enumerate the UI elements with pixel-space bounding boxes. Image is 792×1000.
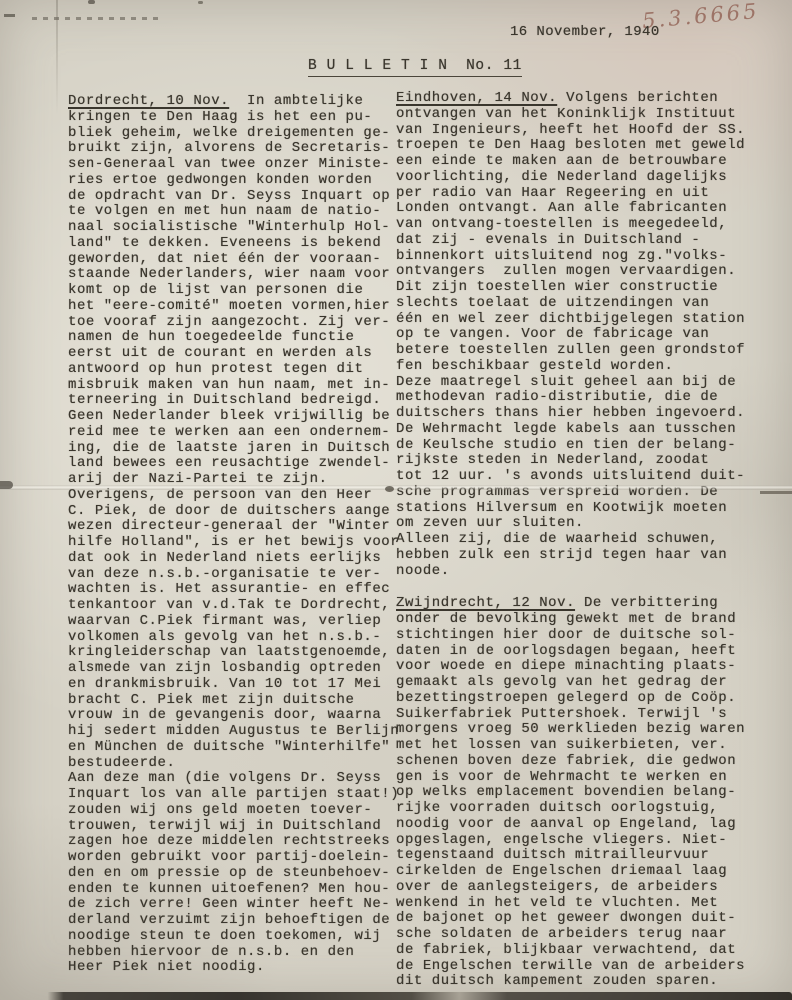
text-line: Inquart los van alle partijen staat!) bbox=[68, 787, 404, 803]
text-line: namen de hun toegedeelde functie bbox=[68, 330, 404, 346]
text-line: de Engelschen terwille van de arbeiders bbox=[396, 959, 792, 975]
scan-mark bbox=[0, 481, 13, 489]
text-line: Alleen zij, die de waarheid schuwen, bbox=[396, 532, 792, 548]
text-line: een einde te maken aan de betrouwbare bbox=[396, 154, 792, 170]
text-line: betere toestellen zullen geen grondstof bbox=[396, 343, 792, 359]
text-line: noode. bbox=[396, 564, 792, 580]
dateline-eindhoven: Eindhoven, 14 Nov. bbox=[396, 90, 557, 106]
text-line: van ontvang-toestellen is meegedeeld, bbox=[396, 217, 792, 233]
text-line: waarvan C.Piek firmant was, verliep bbox=[68, 614, 404, 630]
text-line: binnenkort uitsluitend nog zg."volks- bbox=[396, 249, 792, 265]
article-dordrecht: Dordrecht, 10 Nov. In ambtelijke kringen… bbox=[68, 94, 404, 976]
text-line: noodig voor de aanval op Engeland, lag bbox=[396, 817, 792, 833]
text-line: alsmede van zijn losbandig optreden bbox=[68, 661, 404, 677]
article-dateline-line: Dordrecht, 10 Nov. In ambtelijke bbox=[68, 94, 404, 110]
scan-mark bbox=[32, 17, 164, 20]
right-column: Eindhoven, 14 Nov. Volgens berichten ont… bbox=[396, 91, 792, 990]
text-line: enden te kunnen uitoefenen? Men hou- bbox=[68, 882, 404, 898]
text-line: van deze n.s.b.-organisatie te ver- bbox=[68, 567, 404, 583]
page-title: B U L L E T I N No. 11 bbox=[308, 58, 522, 77]
text-line: wenkend in het veld te vluchten. Met bbox=[396, 896, 792, 912]
text-line: één en wel zeer dichtbijgelegen station bbox=[396, 312, 792, 328]
text-line: hij sedert midden Augustus te Berlijn bbox=[68, 724, 404, 740]
text-line: Suikerfabriek Puttershoek. Terwijl 's bbox=[396, 707, 792, 723]
text-line: toe vooraf zijn aangezocht. Zij ver- bbox=[68, 315, 404, 331]
dateline-zwijndrecht: Zwijndrecht, 12 Nov. bbox=[396, 595, 575, 611]
text-line: dat zij - evenals in Duitschland - bbox=[396, 233, 792, 249]
text-line: ontvangers zullen mogen vervaardigen. bbox=[396, 264, 792, 280]
text-line: het "eere-comité" moeten vormen,hier bbox=[68, 299, 404, 315]
text-line: tenkantoor van v.d.Tak te Dordrecht, bbox=[68, 598, 404, 614]
text-line: hilfe Holland", is er het bewijs voor bbox=[68, 535, 404, 551]
text-line: bestudeerde. bbox=[68, 756, 404, 772]
text-line: eerst uit de courant en werden als bbox=[68, 346, 404, 362]
text-line: bezettingstroepen gelegerd op de Coöp. bbox=[396, 691, 792, 707]
text-line: tot 12 uur. 's avonds uitsluitend duit- bbox=[396, 469, 792, 485]
text-line: voor woede en diepe minachting plaats- bbox=[396, 659, 792, 675]
text-line: staande Nederlanders, wier naam voor bbox=[68, 267, 404, 283]
scan-mark bbox=[198, 1, 203, 4]
text-line: methodevan radio-distributie, die de bbox=[396, 390, 792, 406]
text-line: en München de duitsche "Winterhilfe" bbox=[68, 740, 404, 756]
text-line: bliek geheim, welke dreigementen ge- bbox=[68, 126, 404, 142]
text-line: antwoord op hun protest tegen dit bbox=[68, 362, 404, 378]
article-dateline-line: Eindhoven, 14 Nov. Volgens berichten bbox=[396, 91, 792, 107]
text-line: Geen Nederlander bleek vrijwillig be bbox=[68, 409, 404, 425]
text-line: C. Piek, de door de duitschers aange bbox=[68, 504, 404, 520]
text-line: ries ertoe gedwongen konden worden bbox=[68, 173, 404, 189]
dateline-dordrecht: Dordrecht, 10 Nov. bbox=[68, 93, 229, 109]
text-line: met het lossen van suikerbieten, ver. bbox=[396, 738, 792, 754]
text-line: cirkelden de Engelschen driemaal laag bbox=[396, 864, 792, 880]
text-line: ontvangen van het Koninklijk Instituut bbox=[396, 107, 792, 123]
text-line: Deze maatregel sluit geheel aan bij de bbox=[396, 375, 792, 391]
text-line: troepen te Den Haag besloten met geweld bbox=[396, 138, 792, 154]
text-line: reid mee te werken aan een ondernem- bbox=[68, 425, 404, 441]
text-line: de zich verre! Geen winter heeft Ne- bbox=[68, 897, 404, 913]
scanned-bulletin-page: 5.3.6665 16 November, 1940 B U L L E T I… bbox=[0, 0, 792, 1000]
text-line: fen beschikbaar gesteld worden. bbox=[396, 359, 792, 375]
text-line: schenen boven deze fabriek, die gedwon bbox=[396, 754, 792, 770]
text-line: gen is voor de Wehrmacht te werken en bbox=[396, 770, 792, 786]
text-line: Aan deze man (die volgens Dr. Seyss bbox=[68, 771, 404, 787]
ink-smudge bbox=[385, 486, 394, 492]
text-line: zouden wij ons geld moeten toever- bbox=[68, 803, 404, 819]
text-line: land bewees een reusachtige zwendel- bbox=[68, 456, 404, 472]
text-line: Heer Piek niet noodig. bbox=[68, 960, 404, 976]
text-line: terneering in Duitschland bedreigd. bbox=[68, 393, 404, 409]
text-line: Overigens, de persoon van den Heer bbox=[68, 488, 404, 504]
dateline-rest: Volgens berichten bbox=[557, 90, 718, 106]
dateline-rest: In ambtelijke bbox=[229, 93, 363, 109]
text-line: op te vangen. Voor de fabricage van bbox=[396, 327, 792, 343]
text-line: zagen hoe deze middelen rechtstreeks bbox=[68, 834, 404, 850]
text-line: misbruik maken van hun naam, met in- bbox=[68, 378, 404, 394]
text-line: wezen directeur-generaal der "Winter bbox=[68, 519, 404, 535]
text-line: opgeslagen, engelsche vliegers. Niet- bbox=[396, 833, 792, 849]
scan-mark bbox=[88, 0, 95, 4]
text-line: volkomen als gevolg van het n.s.b.- bbox=[68, 630, 404, 646]
text-line: duitschers thans hier hebben ingevoerd. bbox=[396, 406, 792, 422]
text-line: en drankmisbruik. Van 10 tot 17 Mei bbox=[68, 677, 404, 693]
text-line: rijke voorraden duitsch oorlogstuig, bbox=[396, 801, 792, 817]
left-column: Dordrecht, 10 Nov. In ambtelijke kringen… bbox=[68, 94, 404, 976]
scan-mark bbox=[4, 14, 15, 17]
text-line: de Keulsche studio en tien der belang- bbox=[396, 438, 792, 454]
text-line: stations Hilversum en Kootwijk moeten bbox=[396, 501, 792, 517]
text-line: de bajonet op het geweer dwongen duit- bbox=[396, 911, 792, 927]
text-line: kringleiderschap van laatstgenoemde, bbox=[68, 645, 404, 661]
paper-fold bbox=[56, 0, 58, 115]
text-line: van Ingenieurs, heeft het Hoofd der SS. bbox=[396, 123, 792, 139]
text-line: dit duitsch kampement zouden sparen. bbox=[396, 974, 792, 990]
text-line: vrouw in de gevangenis door, waarna bbox=[68, 708, 404, 724]
text-line: hebben zulk een strijd tegen haar van bbox=[396, 548, 792, 564]
text-line: dat ook in Nederland niets eerlijks bbox=[68, 551, 404, 567]
article-body: ontvangen van het Koninklijk Instituutva… bbox=[396, 107, 792, 580]
text-line: Dit zijn toestellen wier constructie bbox=[396, 280, 792, 296]
text-line: om zeven uur sluiten. bbox=[396, 516, 792, 532]
text-line: wachten is. Het assurantie- en effec bbox=[68, 582, 404, 598]
text-line: derland verzuimt zijn behoeftigen de bbox=[68, 913, 404, 929]
text-line: voorlichting, die Nederland dagelijks bbox=[396, 170, 792, 186]
text-line: sche soldaten de arbeiders terug naar bbox=[396, 927, 792, 943]
article-eindhoven: Eindhoven, 14 Nov. Volgens berichten ont… bbox=[396, 91, 792, 579]
text-line: onder de bevolking gewekt met de brand bbox=[396, 612, 792, 628]
text-line: komt op de lijst van personen die bbox=[68, 283, 404, 299]
article-body: kringen te Den Haag is het een pu-bliek … bbox=[68, 110, 404, 976]
scan-mark bbox=[760, 491, 792, 494]
text-line: daten in de oorlogsdagen begaan, heeft bbox=[396, 644, 792, 660]
text-line: De Wehrmacht legde kabels aan tusschen bbox=[396, 422, 792, 438]
article-dateline-line: Zwijndrecht, 12 Nov. De verbittering bbox=[396, 596, 792, 612]
text-line: worden gebruikt voor partij-doelein- bbox=[68, 850, 404, 866]
text-line: kringen te Den Haag is het een pu- bbox=[68, 110, 404, 126]
article-zwijndrecht: Zwijndrecht, 12 Nov. De verbittering ond… bbox=[396, 596, 792, 990]
text-line: tegenstaand duitsch mitrailleurvuur bbox=[396, 848, 792, 864]
scan-edge bbox=[0, 992, 792, 1000]
text-line: slechts toelaat de uitzendingen van bbox=[396, 296, 792, 312]
article-body: onder de bevolking gewekt met de brandst… bbox=[396, 612, 792, 990]
text-line: naal socialistische "Winterhulp Hol- bbox=[68, 220, 404, 236]
text-line: gemaakt als gevolg van het gedrag der bbox=[396, 675, 792, 691]
text-line: land" te dekken. Eveneens is bekend bbox=[68, 236, 404, 252]
text-line: ing, die de laatste jaren in Duitsch bbox=[68, 441, 404, 457]
text-line: rijkste steden in Nederland, zoodat bbox=[396, 453, 792, 469]
text-line: op welks emplacement bovendien belang- bbox=[396, 785, 792, 801]
text-line: bruikt zijn, alvorens de Secretaris- bbox=[68, 141, 404, 157]
text-line: over de aanlegsteigers, de arbeiders bbox=[396, 880, 792, 896]
text-line: bracht C. Piek met zijn duitsche bbox=[68, 693, 404, 709]
text-line: trouwen, terwijl wij in Duitschland bbox=[68, 819, 404, 835]
text-line: sen-Generaal van twee onzer Ministe- bbox=[68, 157, 404, 173]
text-line: noodige steun te doen toekomen, wij bbox=[68, 929, 404, 945]
text-line: den en om pressie op de steunbehoev- bbox=[68, 866, 404, 882]
text-line: de fabriek, blijkbaar verwachtend, dat bbox=[396, 943, 792, 959]
document-date: 16 November, 1940 bbox=[510, 24, 660, 40]
text-line: te volgen en met hun naam de natio- bbox=[68, 204, 404, 220]
text-line: Londen ontvangt. Aan alle fabricanten bbox=[396, 201, 792, 217]
text-line: hebben hiervoor de n.s.b. en den bbox=[68, 945, 404, 961]
text-line: morgens vroeg 50 werklieden bezig waren bbox=[396, 722, 792, 738]
text-line: de opdracht van Dr. Seyss Inquart op bbox=[68, 189, 404, 205]
text-line: stichtingen hier door de duitsche sol- bbox=[396, 628, 792, 644]
dateline-rest: De verbittering bbox=[575, 595, 718, 611]
fold-crease bbox=[0, 485, 792, 490]
text-line: per radio van Haar Regeering en uit bbox=[396, 186, 792, 202]
text-line: geworden, dat niet één der vooraan- bbox=[68, 252, 404, 268]
